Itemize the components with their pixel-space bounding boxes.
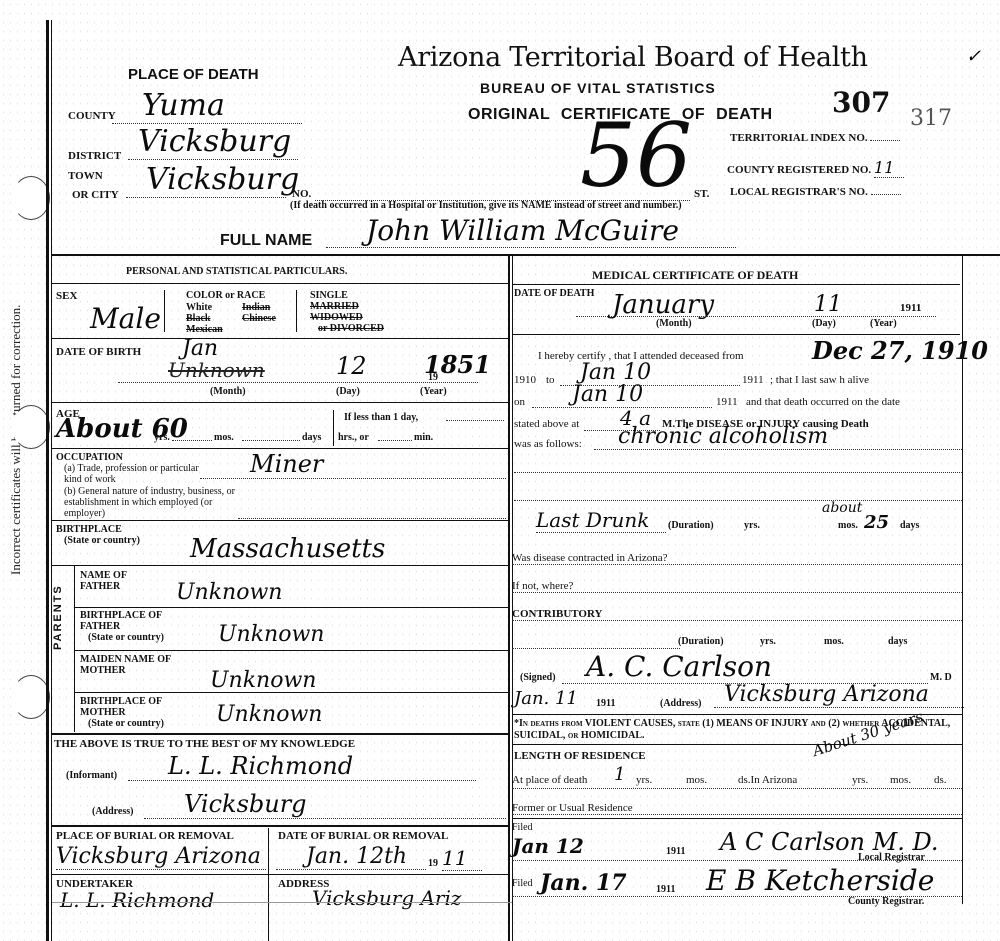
district-value[interactable]: Vicksburg [128,124,298,160]
mother-birthplace-sub: (State or country) [88,718,164,729]
local-registrar-label: LOCAL REGISTRAR'S NO. [730,186,868,198]
at-place-yrs-value[interactable]: 1 [614,764,625,785]
contributory-mos: mos. [824,636,844,647]
race-option-black[interactable]: Black [186,313,223,324]
dob-month-caption: (Month) [210,386,246,397]
race-option-chinese[interactable]: Chinese [242,313,276,324]
county-registered-label: COUNTY REGISTERED NO. [727,164,871,176]
divider-age [52,402,508,403]
divider-birthplace [52,520,508,521]
county-registered-field: COUNTY REGISTERED NO. 11 [727,158,904,178]
county-registered-value[interactable]: 11 [874,158,904,178]
sex-value[interactable]: Male [90,302,161,335]
dob-year-caption: (Year) [420,386,447,397]
marital-widowed[interactable]: WIDOWED [310,312,384,323]
if-not-where[interactable]: If not, where? [512,580,962,593]
mother-maiden-value[interactable]: Unknown [210,668,316,693]
attended-to-year: 1911 [742,374,764,386]
punch-hole-bottom [12,675,50,719]
county-value[interactable]: Yuma [112,88,302,124]
town-label: TOWN [68,170,103,182]
burial-place-label: PLACE OF BURIAL OR REMOVAL [56,830,234,842]
duration-days-value[interactable]: 25 [864,512,889,533]
duration-mos: mos. [838,520,858,531]
duration-yrs: yrs. [744,520,760,531]
less-than-day-label: If less than 1 day, [344,412,418,423]
death-year-caption: (Year) [870,318,897,329]
in-arizona-ds: ds. [934,774,947,786]
at-place-yrs: yrs. [636,774,652,786]
street-no-label: NO. [292,188,311,200]
medical-section-title: MEDICAL CERTIFICATE OF DEATH [592,268,798,283]
divider-medical [512,284,960,285]
territorial-index-field: TERRITORIAL INDEX NO. [730,132,910,144]
divider-dob [52,338,508,339]
bottom-edge-left [52,902,512,903]
divider-mother-birthplace [75,692,508,693]
signed-year: 1911 [596,698,615,709]
dob-struck-text: Unknown [168,358,265,382]
father-name-label: NAME OF FATHER [80,570,160,592]
undertaker-address-value[interactable]: Vicksburg Ariz [312,886,461,910]
bureau-title: BUREAU OF VITAL STATISTICS [480,80,716,96]
local-registrar-value[interactable] [871,194,901,195]
county-registrar-caption: County Registrar. [848,896,924,907]
last-saw-date[interactable]: Jan 10 [532,382,712,408]
death-occurred-text: and that death occurred on the date [746,396,900,408]
punch-hole-middle [12,405,50,449]
father-name-value[interactable]: Unknown [176,580,282,605]
divider-sex [164,290,165,332]
informant-label: (Informant) [66,770,117,781]
date-of-death-label: DATE OF DEATH [514,288,594,299]
column-divider [508,254,510,941]
large-handwritten-number: 56 [580,112,692,200]
age-days: days [302,432,321,443]
physician-signature[interactable]: A. C. Carlson [562,650,928,684]
city-value[interactable]: Vicksburg [126,162,286,198]
local-registrar-caption: Local Registrar [858,852,925,863]
contributory-days: days [888,636,907,647]
local-registrar-field: LOCAL REGISTRAR'S NO. [730,186,901,198]
mother-birthplace-label: BIRTHPLACE OF MOTHER [80,696,190,718]
contributory-duration-label: (Duration) [678,636,724,647]
divider-certify [512,334,960,335]
in-arizona-mos: mos. [890,774,911,786]
signed-date[interactable]: Jan. 11 [514,688,578,709]
occupation-label: OCCUPATION [56,452,123,463]
death-date-line [576,316,936,317]
dob-label: DATE OF BIRTH [56,346,141,358]
sex-label: SEX [56,290,77,302]
occupation-a-label: (a) Trade, profession or particular kind… [64,463,204,485]
county-registrar-signature[interactable]: E B Ketcherside [706,864,934,897]
contributory-line[interactable] [512,648,680,649]
city-label: OR CITY [72,189,119,201]
physician-address[interactable]: Vicksburg Arizona [714,682,964,708]
street-st-label: ST. [694,188,709,200]
frame-left-inner [51,20,52,941]
stamp-number: 307 [832,86,890,119]
race-option-indian[interactable]: Indian [242,302,276,313]
filed-local-date[interactable]: Jan 12 [512,834,584,858]
punch-hole-top [12,176,50,220]
filed-county-year: 1911 [656,884,675,895]
marital-divorced[interactable]: or DIVORCED [310,323,384,334]
death-month-caption: (Month) [656,318,692,329]
occupation-b-line[interactable] [238,518,506,519]
divider-mother-maiden [75,650,508,651]
birthplace-label: BIRTHPLACE [56,524,122,535]
race-option-white[interactable]: White [186,302,223,313]
occupation-value[interactable]: Miner [200,450,506,479]
burial-year-value[interactable]: 11 [442,846,482,871]
dob-day-caption: (Day) [336,386,360,397]
check-mark-icon: ✓ [966,46,981,67]
color-race-label: COLOR or RACE [186,290,265,301]
dob-line [118,382,478,383]
full-name-value[interactable]: John William McGuire [326,214,736,248]
territorial-index-label: TERRITORIAL INDEX NO. [730,132,868,144]
duration-label: (Duration) [668,520,714,531]
at-place-label: At place of death [512,774,587,786]
stamp-number-2: 317 [910,106,952,131]
age-mos: mos. [214,432,234,443]
death-day-caption: (Day) [812,318,836,329]
marital-married[interactable]: MARRIED [310,301,384,312]
age-yrs: yrs. [154,432,170,443]
stated-above-label: stated above at [514,418,579,430]
father-birthplace-value[interactable]: Unknown [218,622,324,647]
divider-top [52,254,1000,256]
contracted-in-arizona[interactable]: Was disease contracted in Arizona? [512,552,962,565]
divider-personal [52,283,508,284]
divider-burial-inner [268,828,269,941]
county-label: COUNTY [68,110,116,122]
divider-burial [52,825,508,827]
father-birthplace-label: BIRTHPLACE OF FATHER [80,610,190,632]
frame-right [962,254,963,904]
birthplace-sub-label: (State or country) [64,535,140,546]
place-of-death-title: PLACE OF DEATH [128,66,259,83]
at-place-mos: mos. [686,774,707,786]
hospital-note: (If death occurred in a Hospital or Inst… [290,200,682,211]
true-statement: THE ABOVE IS TRUE TO THE BEST OF MY KNOW… [54,738,355,750]
in-arizona-label: ds.In Arizona [738,774,797,786]
residence-title: LENGTH OF RESIDENCE [514,750,646,762]
filed-local-label: Filed [512,822,533,833]
mother-birthplace-value[interactable]: Unknown [216,702,322,727]
last-saw-year: 1911 [716,396,738,408]
death-day[interactable]: 11 [814,292,842,317]
full-name-label: FULL NAME [220,232,312,250]
contributory-yrs: yrs. [760,636,776,647]
in-arizona-yrs: yrs. [852,774,868,786]
burial-year-prefix: 19 [428,858,438,869]
cause-line-2[interactable] [514,472,962,473]
former-residence[interactable]: Former or Usual Residence [512,802,962,815]
contributory[interactable]: CONTRIBUTORY [512,608,962,621]
cause-of-death[interactable]: chronic alcoholism [594,424,962,450]
board-title: Arizona Territorial Board of Health [398,42,868,73]
burial-date-label: DATE OF BURIAL OR REMOVAL [278,830,448,842]
signed-label: (Signed) [520,672,556,683]
burial-date-value[interactable]: Jan. 12th [276,844,426,870]
undertaker-value[interactable]: L. L. Richmond [60,888,214,912]
marital-options: SINGLE MARRIED WIDOWED or DIVORCED [310,290,384,334]
occupation-b-label: (b) General nature of industry, business… [64,486,244,519]
frame-left-outer [46,20,49,941]
divider-father-birthplace [75,607,508,608]
dob-year-prefix: 19 [428,372,438,383]
territorial-index-value[interactable] [870,140,900,141]
dob-day[interactable]: 12 [336,352,367,380]
birthplace-value[interactable]: Massachusetts [190,534,385,564]
age-mos-line[interactable] [172,440,212,441]
marital-single[interactable]: SINGLE [310,290,384,301]
duration-days: days [900,520,919,531]
as-follows-label: was as follows: [514,438,582,450]
divider-undertaker [52,874,508,875]
filed-county-date[interactable]: Jan. 17 [540,870,627,896]
race-options-col2: Indian Chinese [242,302,276,324]
informant-address-label: (Address) [92,806,133,817]
divider-residence [512,744,962,745]
district-label: DISTRICT [68,150,121,162]
hrs-or-label: hrs., or [338,432,369,443]
age-days-line[interactable] [242,440,300,441]
divider-informant [52,733,508,735]
race-option-mexican[interactable]: Mexican [186,324,223,335]
divider-occupation [52,448,508,449]
parents-label: PARENTS [52,584,64,650]
race-options: White Black Mexican [186,302,223,335]
filed-local-year: 1911 [666,846,685,857]
residence-line [512,788,962,789]
divider-filed [512,818,962,819]
divider-parents [52,565,508,566]
min-label: min. [414,432,433,443]
death-year[interactable]: 1911 [900,302,921,314]
cause-line-3[interactable] [514,500,962,501]
father-birthplace-sub: (State or country) [88,632,164,643]
on-label: on [514,396,525,408]
filed-county-label: Filed [512,878,533,889]
personal-section-title: PERSONAL AND STATISTICAL PARTICULARS. [126,266,347,277]
informant-address-value[interactable]: Vicksburg [144,790,506,819]
physician-address-label: (Address) [660,698,701,709]
burial-place-value[interactable]: Vicksburg Arizona [56,844,266,870]
parents-divider [74,566,75,732]
last-saw-text: ; that I last saw h alive [770,374,869,386]
mother-maiden-label: MAIDEN NAME OF MOTHER [80,654,180,676]
duration-prefix[interactable]: Last Drunk [536,508,666,533]
duration-mos-value[interactable]: about [822,500,862,516]
hrs-line[interactable] [378,440,412,441]
divider-age-inner [333,410,334,446]
informant-value[interactable]: L. L. Richmond [128,752,476,781]
less-than-day-line[interactable] [446,420,504,421]
divider-race [296,290,297,332]
